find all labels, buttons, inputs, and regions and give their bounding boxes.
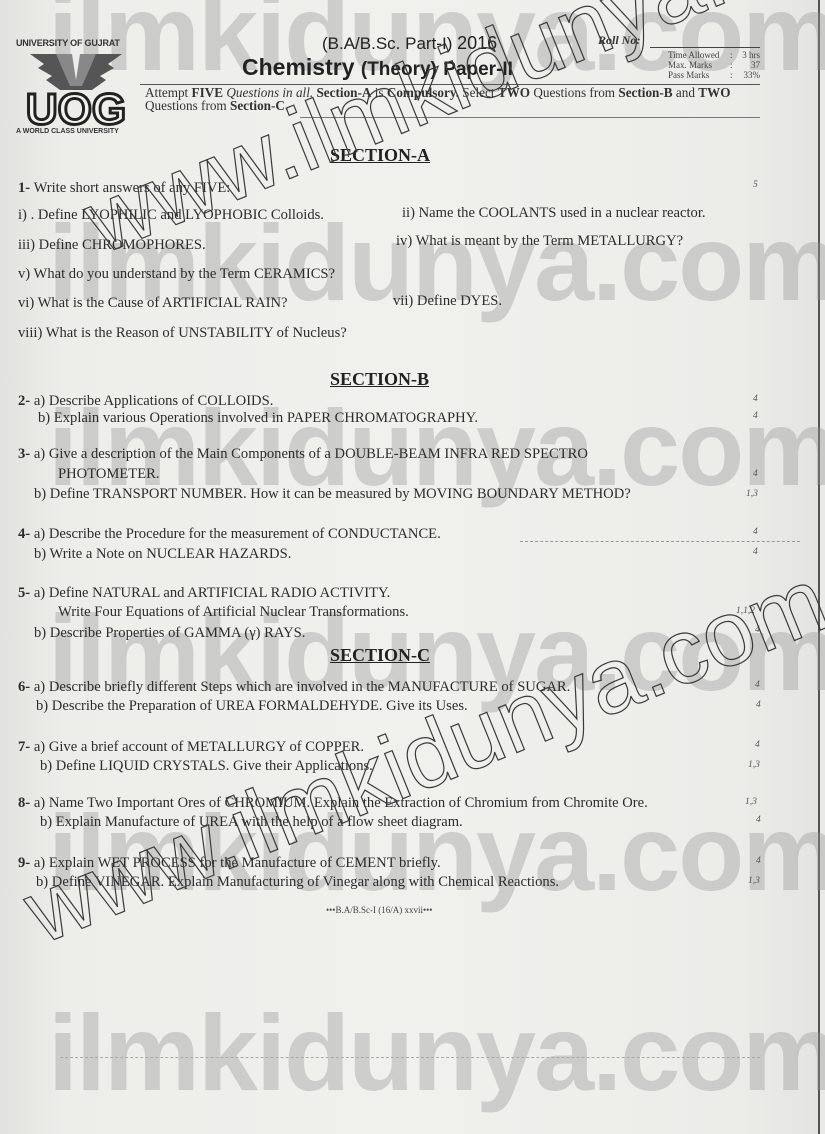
question-2a: 2- a) Describe Applications of COLLOIDS.	[18, 393, 273, 410]
short-question: v) What do you understand by the Term CE…	[18, 266, 335, 283]
section-c-title: SECTION-C	[330, 645, 430, 666]
question-7a: 7- a) Give a brief account of METALLURGY…	[18, 739, 364, 756]
marks: 4	[753, 547, 758, 557]
question-6b: b) Describe the Preparation of UREA FORM…	[36, 698, 468, 715]
marks: 4	[753, 394, 758, 404]
question-7b: b) Define LIQUID CRYSTALS. Give their Ap…	[40, 758, 373, 775]
marks: 1,3	[745, 797, 757, 807]
marks: 4	[753, 411, 758, 421]
question-3b: b) Define TRANSPORT NUMBER. How it can b…	[34, 486, 631, 503]
marks: 1,1,2	[736, 606, 755, 616]
meta-pass-marks: Pass Marks:33%	[668, 70, 760, 80]
scan-dash-line	[520, 541, 800, 542]
short-question: vii) Define DYES.	[393, 293, 502, 310]
marks: 4	[755, 740, 760, 750]
short-question: iv) What is meant by the Term METALLURGY…	[396, 233, 683, 250]
question-3a: 3- a) Give a description of the Main Com…	[18, 446, 588, 463]
exam-paper-page: ilmkidunya.com ilmkidunya.com ilmkidunya…	[0, 0, 820, 1134]
marks: 5	[753, 180, 758, 190]
short-question: viii) What is the Reason of UNSTABILITY …	[18, 325, 347, 342]
marks: 4	[756, 856, 761, 866]
meta-time-allowed: Time Allowed:3 hrs	[668, 50, 760, 60]
meta-max-marks: Max. Marks:37	[668, 60, 760, 70]
question-9a: 9- a) Explain WET PROCESS for the Manufa…	[18, 855, 441, 872]
paper-code: •••B.A/B.Sc-I (16/A) xxvii•••	[326, 905, 432, 915]
question-1: 1- Write short answers of any FIVE:	[18, 180, 230, 197]
question-5b: b) Describe Properties of GAMMA (γ) RAYS…	[34, 625, 305, 642]
exam-title: (B.A/B.Sc. Part-I) 2016	[322, 33, 497, 54]
section-b-title: SECTION-B	[330, 369, 429, 390]
question-8a: 8- a) Name Two Important Ores of CHROMIU…	[18, 795, 648, 812]
marks: 4	[755, 625, 760, 635]
marks: 4	[756, 700, 761, 710]
short-question: ii) Name the COOLANTS used in a nuclear …	[402, 205, 706, 222]
university-tagline: A WORLD CLASS UNIVERSITY	[16, 128, 138, 135]
question-2b: b) Explain various Operations involved i…	[38, 410, 478, 427]
short-question: iii) Define CHROMOPHORES.	[18, 237, 206, 254]
question-4b: b) Write a Note on NUCLEAR HAZARDS.	[34, 546, 291, 563]
marks: 4	[756, 815, 761, 825]
marks: 1,3	[748, 760, 760, 770]
exam-year: 2016	[457, 33, 497, 53]
roll-number-field	[650, 47, 760, 48]
instructions-divider	[300, 117, 760, 118]
short-question: i) . Define LYOPHILIC and LYOPHOBIC Coll…	[18, 207, 324, 224]
exam-meta: Time Allowed:3 hrs Max. Marks:37 Pass Ma…	[668, 50, 760, 80]
section-a-title: SECTION-A	[330, 145, 430, 166]
marks: 4	[753, 469, 758, 479]
marks: 1,3	[748, 876, 760, 886]
marks: 1,3	[746, 489, 758, 499]
question-8b: b) Explain Manufacture of UREA with the …	[40, 814, 463, 831]
question-4a: 4- a) Describe the Procedure for the mea…	[18, 526, 441, 543]
question-9b: b) Define VINEGAR. Explain Manufacturing…	[36, 874, 559, 891]
instructions: Attempt FIVE Questions in all. Section-A…	[145, 86, 765, 112]
uog-emblem-icon: UOG	[16, 50, 136, 126]
roll-number-label: Roll No:	[598, 33, 640, 48]
university-name: UNIVERSITY OF GUJRAT	[16, 38, 138, 48]
svg-text:UOG: UOG	[26, 85, 126, 126]
short-question: vi) What is the Cause of ARTIFICIAL RAIN…	[18, 295, 287, 312]
marks: 4	[755, 680, 760, 690]
question-5a-cont: Write Four Equations of Artificial Nucle…	[58, 604, 409, 621]
question-5a: 5- a) Define NATURAL and ARTIFICIAL RADI…	[18, 585, 390, 602]
question-6a: 6- a) Describe briefly different Steps w…	[18, 679, 570, 696]
marks: 4	[753, 527, 758, 537]
question-3a-cont: PHOTOMETER.	[58, 466, 160, 483]
paper-title: Chemistry (Theory) Paper-II	[242, 54, 513, 81]
university-logo: UNIVERSITY OF GUJRAT UOG A WORLD CLASS U…	[16, 38, 138, 135]
scan-dash-line	[60, 1057, 760, 1058]
